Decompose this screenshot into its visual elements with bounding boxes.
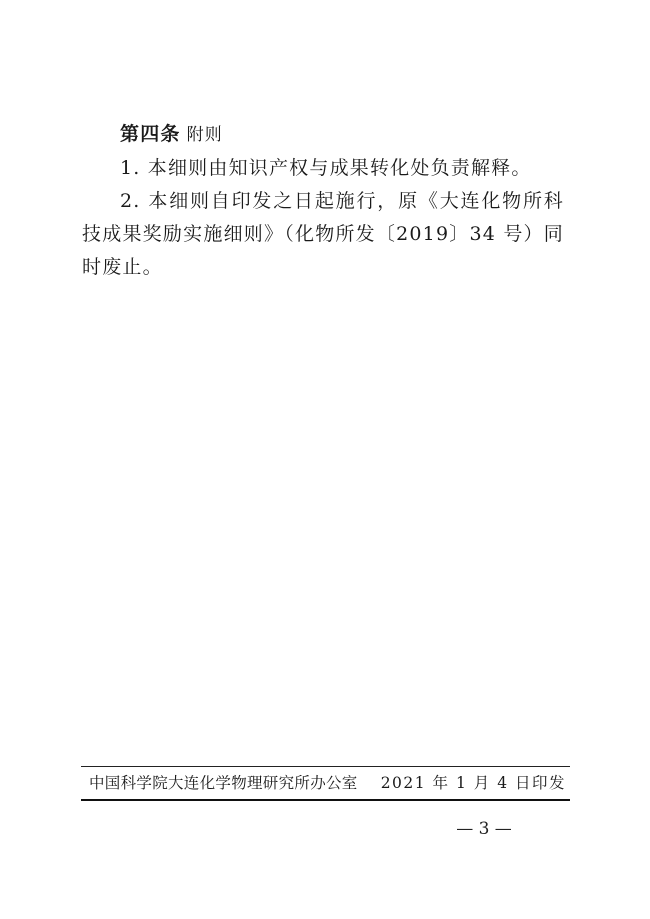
footer-rule-bottom xyxy=(81,799,570,801)
footer-issue-date: 2021 年 1 月 4 日印发 xyxy=(381,773,566,793)
body-text: 第四条附则 1. 本细则由知识产权与成果转化处负责解释。 2. 本细则自印发之日… xyxy=(82,118,564,284)
footer-issuer: 中国科学院大连化学物理研究所办公室 xyxy=(89,773,358,793)
paragraph-2: 2. 本细则自印发之日起施行，原《大连化物所科技成果奖励实施细则》（化物所发〔2… xyxy=(82,185,564,284)
article-line: 第四条附则 xyxy=(82,118,564,152)
article-title: 附则 xyxy=(187,125,223,145)
document-page: 第四条附则 1. 本细则由知识产权与成果转化处负责解释。 2. 本细则自印发之日… xyxy=(0,0,650,919)
page-number: — 3 — xyxy=(453,818,515,840)
footer-rule-top xyxy=(81,766,570,767)
paragraph-1: 1. 本细则由知识产权与成果转化处负责解释。 xyxy=(82,152,564,185)
article-heading: 第四条 xyxy=(120,123,181,145)
